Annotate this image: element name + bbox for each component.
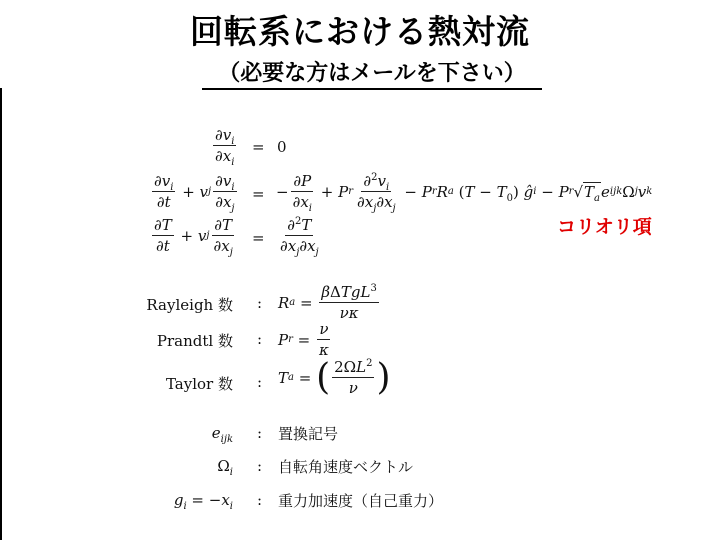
left-border-line — [0, 88, 2, 540]
rayleigh-formula: Ra = βΔTgL3νκ — [278, 283, 381, 322]
equals-sign: = — [252, 185, 265, 203]
omega-symbol: Ωi — [113, 457, 233, 475]
colon: : — [257, 491, 262, 509]
continuity-rhs: 0 — [277, 138, 287, 156]
prandtl-label: Prandtl 数 — [113, 330, 233, 351]
colon: : — [257, 373, 262, 391]
colon: : — [257, 330, 262, 348]
equation-energy-lhs: ∂T∂t + vj ∂T∂xj — [150, 216, 237, 255]
equation-momentum-lhs: ∂vi∂t + vj ∂vi∂xj — [150, 172, 239, 211]
equals-sign: = — [252, 138, 265, 156]
taylor-formula: Ta = ( 2ΩL2ν ) — [278, 358, 391, 397]
prandtl-formula: Pr = νκ — [278, 320, 333, 359]
colon: : — [257, 424, 262, 442]
eijk-symbol: eijk — [113, 424, 233, 442]
rayleigh-label: Rayleigh 数 — [113, 294, 233, 315]
omega-description: 自転角速度ベクトル — [278, 456, 413, 477]
slide-title: 回転系における熱対流 — [0, 6, 720, 53]
fraction: ∂vi ∂xi — [213, 126, 236, 165]
equation-continuity: ∂vi ∂xi — [211, 126, 238, 165]
colon: : — [257, 457, 262, 475]
colon: : — [257, 294, 262, 312]
eijk-description: 置換記号 — [278, 423, 338, 444]
slide-subtitle: （必要な方はメールを下さい） — [202, 56, 542, 90]
equation-energy-rhs: ∂2T∂xj∂xj — [276, 216, 323, 255]
coriolis-term-label: コリオリ項 — [557, 212, 652, 239]
gravity-description: 重力加速度（自己重力） — [278, 490, 443, 511]
taylor-label: Taylor 数 — [113, 373, 233, 394]
gravity-symbol: gi = −xi — [113, 491, 233, 509]
equation-momentum-rhs: − ∂P∂xi + Pr ∂2vi∂xj∂xj − PrRa (T − T0) … — [276, 172, 652, 211]
equals-sign: = — [252, 229, 265, 247]
